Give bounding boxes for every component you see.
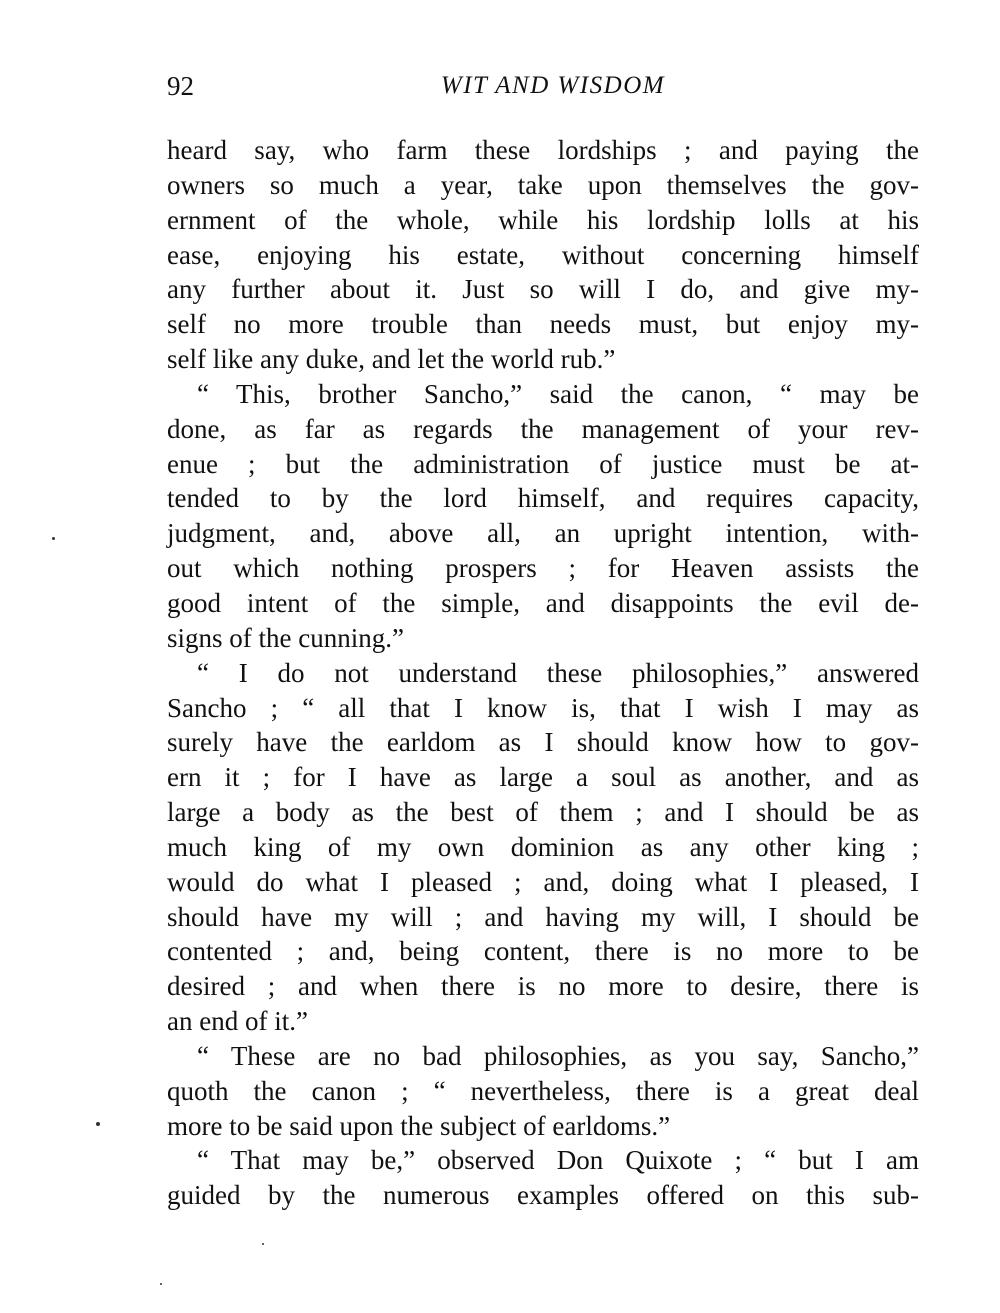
text-line: enue ; but the administration of justice…	[167, 447, 919, 482]
scan-speck	[160, 1283, 162, 1285]
text-line: Sancho ; “ all that I know is, that I wi…	[167, 691, 919, 726]
text-line: done, as far as regards the management o…	[167, 412, 919, 447]
text-line: surely have the earldom as I should know…	[167, 725, 919, 760]
text-line: tended to by the lord himself, and requi…	[167, 481, 919, 516]
scan-speck	[52, 537, 55, 540]
scan-speck	[96, 1122, 100, 1126]
book-page: 92 WIT AND WISDOM heard say, who farm th…	[0, 0, 1000, 1313]
text-line: quoth the canon ; “ nevertheless, there …	[167, 1074, 919, 1109]
text-line: judgment, and, above all, an upright int…	[167, 516, 919, 551]
scan-speck	[262, 1243, 264, 1245]
text-line: ernment of the whole, while his lordship…	[167, 203, 919, 238]
text-line: would do what I pleased ; and, doing wha…	[167, 865, 919, 900]
body-text: heard say, who farm these lordships ; an…	[167, 133, 919, 1213]
text-line: much king of my own dominion as any othe…	[167, 830, 919, 865]
text-line: should have my will ; and having my will…	[167, 900, 919, 935]
text-line: ern it ; for I have as large a soul as a…	[167, 760, 919, 795]
text-line: desired ; and when there is no more to d…	[167, 969, 919, 1004]
text-line: heard say, who farm these lordships ; an…	[167, 133, 919, 168]
text-line: contented ; and, being content, there is…	[167, 934, 919, 969]
text-line: good intent of the simple, and disappoin…	[167, 586, 919, 621]
text-line: self like any duke, and let the world ru…	[167, 342, 919, 377]
text-line: owners so much a year, take upon themsel…	[167, 168, 919, 203]
paragraph-first-line: “ These are no bad philosophies, as you …	[167, 1039, 919, 1074]
running-head: 92 WIT AND WISDOM	[167, 70, 919, 102]
text-line: more to be said upon the subject of earl…	[167, 1109, 919, 1144]
text-line: large a body as the best of them ; and I…	[167, 795, 919, 830]
running-title: WIT AND WISDOM	[167, 70, 919, 102]
text-line: signs of the cunning.”	[167, 621, 919, 656]
paragraph-first-line: “ I do not understand these philosophies…	[167, 656, 919, 691]
text-line: self no more trouble than needs must, bu…	[167, 307, 919, 342]
text-line: guided by the numerous examples offered …	[167, 1178, 919, 1213]
text-line: an end of it.”	[167, 1004, 919, 1039]
paragraph-first-line: “ That may be,” observed Don Quixote ; “…	[167, 1143, 919, 1178]
text-line: ease, enjoying his estate, without conce…	[167, 238, 919, 273]
paragraph-first-line: “ This, brother Sancho,” said the canon,…	[167, 377, 919, 412]
text-line: any further about it. Just so will I do,…	[167, 272, 919, 307]
text-line: out which nothing prospers ; for Heaven …	[167, 551, 919, 586]
